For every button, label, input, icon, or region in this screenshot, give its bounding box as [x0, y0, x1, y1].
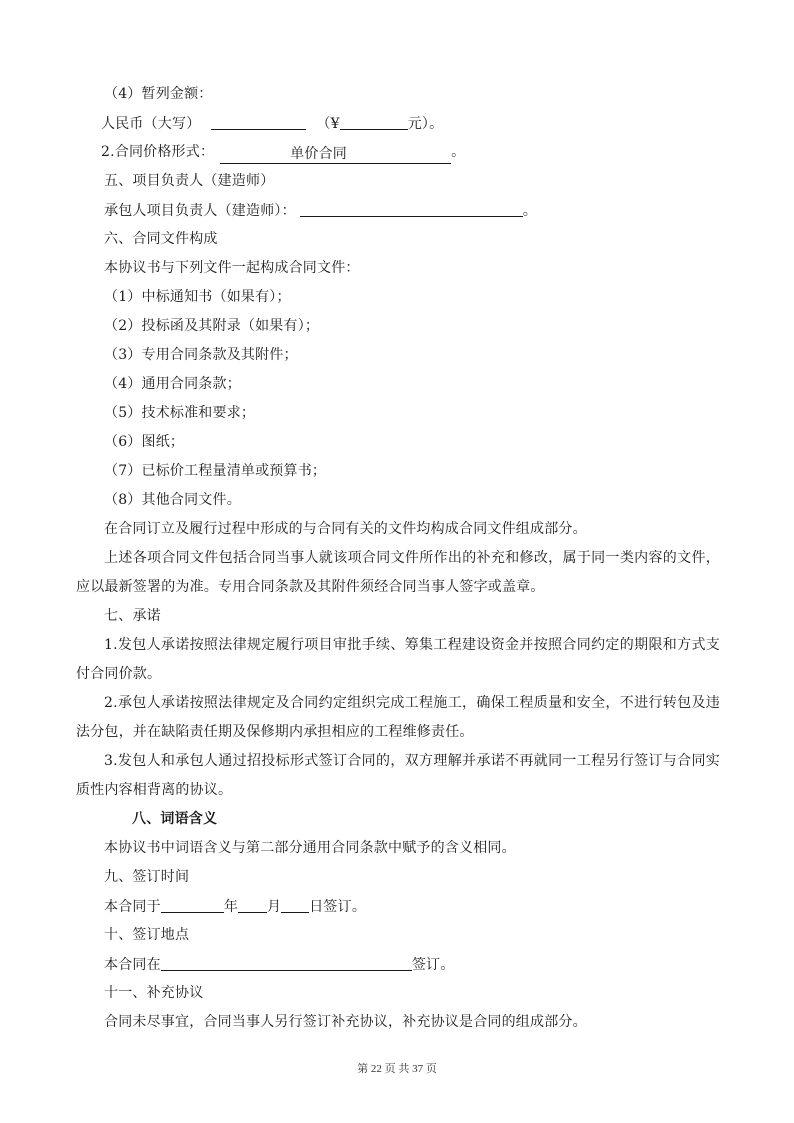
yen-open: （¥ — [316, 116, 339, 132]
section9-heading-text: 九、签订时间 — [104, 869, 189, 885]
page-footer: 第 22 页 共 37 页 — [0, 1060, 794, 1076]
project-manager-end: 。 — [523, 203, 537, 219]
signing-year-field[interactable] — [161, 894, 224, 913]
contract-doc-item-text: （1）中标通知书（如果有）； — [104, 289, 291, 305]
document-page: （4）暂列金额： 人民币（大写）（¥元）。 2.合同价格形式：单价合同。 五、项… — [76, 80, 720, 1037]
signing-day-field[interactable] — [281, 894, 309, 913]
contract-doc-item-text: （8）其他合同文件。 — [104, 492, 241, 508]
price-form-end: 。 — [451, 144, 465, 160]
promise-item: 2.承包人承诺按照法律规定及合同约定组织完成工程施工，确保工程质量和安全，不进行… — [76, 689, 720, 747]
price-form-label: 2.合同价格形式： — [76, 144, 214, 160]
section6-para2: 上述各项合同文件包括合同当事人就该项合同文件所作出的补充和修改，属于同一类内容的… — [76, 544, 720, 602]
provisional-sum-label: （4）暂列金额： — [76, 80, 720, 109]
price-form-field[interactable]: 单价合同 — [220, 145, 451, 164]
section6-intro-text: 本协议书与下列文件一起构成合同文件： — [104, 260, 360, 276]
section11-text-content: 合同未尽事宜，合同当事人另行签订补充协议，补充协议是合同的组成部分。 — [104, 1014, 587, 1030]
section5-heading-text: 五、项目负责人（建造师） — [104, 173, 274, 189]
promise-item: 1.发包人承诺按照法律规定履行项目审批手续、筹集工程建设资金并按照合同约定的期限… — [76, 631, 720, 689]
day-label: 日签订。 — [309, 899, 366, 915]
project-manager-label: 承包人项目负责人（建造师）： — [104, 203, 296, 219]
yen-close: 元）。 — [408, 116, 444, 132]
contract-doc-item: （6）图纸； — [76, 428, 720, 457]
contract-doc-item-text: （4）通用合同条款； — [104, 376, 241, 392]
section5-heading: 五、项目负责人（建造师） — [76, 167, 720, 196]
contract-doc-item-text: （2）投标函及其附录（如果有）； — [104, 318, 319, 334]
promise-item: 3.发包人和承包人通过招投标形式签订合同的，双方理解并承诺不再就同一工程另行签订… — [76, 747, 720, 805]
section6-heading-text: 六、合同文件构成 — [104, 231, 218, 247]
provisional-sum-line: 人民币（大写）（¥元）。 — [76, 109, 720, 138]
section10-heading-text: 十、签订地点 — [104, 927, 189, 943]
provisional-sum-label-text: （4）暂列金额： — [104, 86, 213, 102]
signing-date-line: 本合同于年月日签订。 — [76, 892, 720, 921]
section7-heading-text: 七、承诺 — [104, 608, 161, 624]
month-label: 月 — [267, 899, 281, 915]
section6-intro: 本协议书与下列文件一起构成合同文件： — [76, 254, 720, 283]
section10-heading: 十、签订地点 — [76, 921, 720, 950]
project-manager-field[interactable] — [300, 198, 523, 217]
section8-text: 本协议书中词语含义与第二部分通用合同条款中赋予的含义相同。 — [76, 834, 720, 863]
contract-doc-item-text: （3）专用合同条款及其附件； — [104, 347, 298, 363]
contract-doc-item: （3）专用合同条款及其附件； — [76, 341, 720, 370]
section8-heading: 八、词语含义 — [76, 805, 720, 834]
section8-text-content: 本协议书中词语含义与第二部分通用合同条款中赋予的含义相同。 — [104, 840, 516, 856]
page-number: 第 22 页 共 37 页 — [357, 1063, 437, 1075]
section8-heading-text: 八、词语含义 — [132, 811, 217, 827]
section6-heading: 六、合同文件构成 — [76, 225, 720, 254]
price-form-line: 2.合同价格形式：单价合同。 — [76, 138, 720, 167]
section5-field-line: 承包人项目负责人（建造师）：。 — [76, 196, 720, 225]
rmb-label: 人民币（大写） — [76, 116, 200, 132]
signing-month-field[interactable] — [238, 894, 267, 913]
contract-doc-item: （4）通用合同条款； — [76, 370, 720, 399]
signing-place-prefix: 本合同在 — [104, 957, 161, 973]
section11-heading: 十一、补充协议 — [76, 979, 720, 1008]
contract-doc-item: （7）已标价工程量清单或预算书； — [76, 457, 720, 486]
section7-heading: 七、承诺 — [76, 602, 720, 631]
yen-amount-field[interactable] — [340, 111, 408, 130]
contract-doc-item: （1）中标通知书（如果有）； — [76, 283, 720, 312]
contract-doc-item-text: （5）技术标准和要求； — [104, 405, 255, 421]
signing-place-field[interactable] — [161, 952, 412, 971]
signing-date-prefix: 本合同于 — [104, 899, 161, 915]
section9-heading: 九、签订时间 — [76, 863, 720, 892]
section6-para1: 在合同订立及履行过程中形成的与合同有关的文件均构成合同文件组成部分。 — [76, 515, 720, 544]
signing-place-line: 本合同在签订。 — [76, 950, 720, 979]
contract-doc-item: （2）投标函及其附录（如果有）； — [76, 312, 720, 341]
signing-place-suffix: 签订。 — [412, 957, 455, 973]
contract-doc-item: （8）其他合同文件。 — [76, 486, 720, 515]
contract-doc-item-text: （6）图纸； — [104, 434, 184, 450]
section11-heading-text: 十一、补充协议 — [104, 985, 203, 1001]
year-label: 年 — [224, 899, 238, 915]
rmb-amount-field[interactable] — [211, 111, 306, 130]
section11-text: 合同未尽事宜，合同当事人另行签订补充协议，补充协议是合同的组成部分。 — [76, 1008, 720, 1037]
price-form-value: 单价合同 — [290, 146, 347, 162]
contract-doc-item: （5）技术标准和要求； — [76, 399, 720, 428]
contract-doc-item-text: （7）已标价工程量清单或预算书； — [104, 463, 326, 479]
